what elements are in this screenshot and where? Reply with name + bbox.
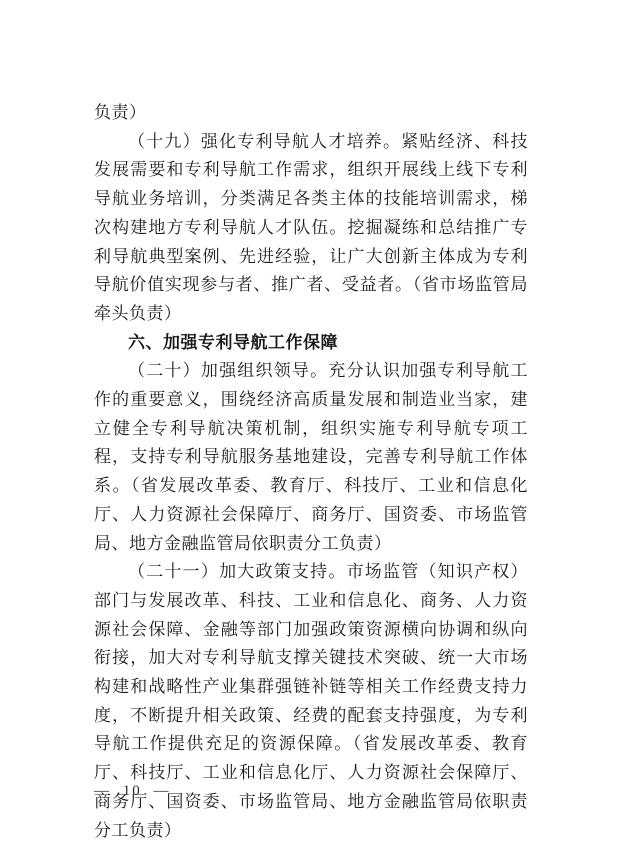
document-page: 负责） （十九）强化专利导航人才培养。紧贴经济、科技发展需要和专利导航工作需求，… [0,0,622,868]
item-20-body: 充分认识加强专利导航工作的重要意义，围绕经济高质量发展和制造业当家，建立健全专利… [94,361,528,552]
item-19-lead: （十九）强化专利导航人才培养。 [128,132,401,151]
paragraph-item-20: （二十）加强组织领导。充分认识加强专利导航工作的重要意义，围绕经济高质量发展和制… [94,357,528,558]
page-number: — 10 — [94,781,171,801]
item-20-lead: （二十）加强组织领导。 [128,361,328,380]
paragraph-item-19: （十九）强化专利导航人才培养。紧贴经济、科技发展需要和专利导航工作需求，组织开展… [94,128,528,329]
paragraph-item-21: （二十一）加大政策支持。市场监管（知识产权）部门与发展改革、科技、工业和信息化、… [94,558,528,845]
item-19-body: 紧贴经济、科技发展需要和专利导航工作需求，组织开展线上线下专利导航业务培训，分类… [94,132,528,323]
paragraph-continuation: 负责） [94,99,528,128]
document-body: 负责） （十九）强化专利导航人才培养。紧贴经济、科技发展需要和专利导航工作需求，… [94,99,528,845]
section-heading-6: 六、加强专利导航工作保障 [94,329,528,358]
item-21-lead: （二十一）加大政策支持。 [128,562,347,581]
